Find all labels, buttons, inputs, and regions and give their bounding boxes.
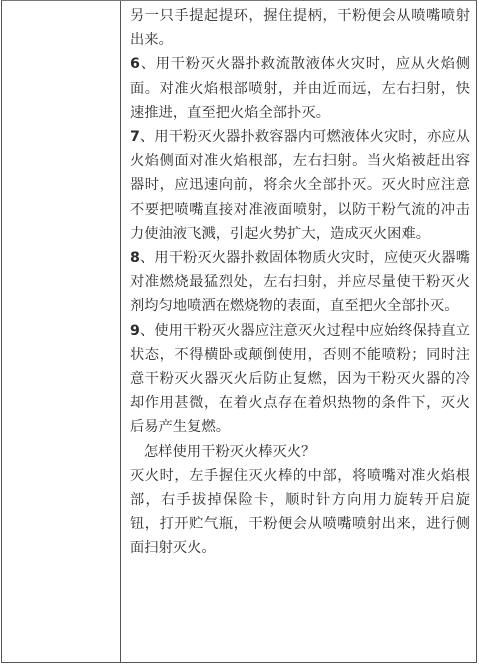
paragraph-continuation: 另一只手提起提环，握住提柄，干粉便会从喷嘴喷射出来。 bbox=[130, 4, 470, 52]
paragraph-item-6: 6、用干粉灭火器扑救流散液体火灾时，应从火焰侧面。对准火焰根部喷射，并由近而远，… bbox=[130, 52, 470, 125]
left-column-cell bbox=[2, 1, 121, 662]
paragraph-text: 、使用干粉灭火器应注意灭火过程中应始终保持直立状态，不得横卧或颠倒使用，否则不能… bbox=[130, 323, 470, 436]
paragraph-item-9: 9、使用干粉灭火器应注意灭火过程中应始终保持直立状态，不得横卧或颠倒使用，否则不… bbox=[130, 319, 470, 440]
content-cell: 另一只手提起提环，握住提柄，干粉便会从喷嘴喷射出来。 6、用干粉灭火器扑救流散液… bbox=[122, 1, 476, 662]
paragraph-item-8: 8、用干粉灭火器扑救固体物质火灾时，应使灭火器嘴对准燃烧最猛烈处，左右扫射，并应… bbox=[130, 246, 470, 319]
paragraph-text: 、用干粉灭火器扑救流散液体火灾时，应从火焰侧面。对准火焰根部喷射，并由近而远，左… bbox=[130, 56, 470, 120]
question-heading: 怎样使用干粉灭火棒灭火？ bbox=[130, 440, 470, 464]
paragraph-item-7: 7、用干粉灭火器扑救容器内可燃液体火灾时，亦应从火焰侧面对准火焰根部，左右扫射。… bbox=[130, 125, 470, 246]
paragraph-text: 、用干粉灭火器扑救固体物质火灾时，应使灭火器嘴对准燃烧最猛烈处，左右扫射，并应尽… bbox=[130, 250, 470, 314]
document-table: 另一只手提起提环，握住提柄，干粉便会从喷嘴喷射出来。 6、用干粉灭火器扑救流散液… bbox=[1, 0, 477, 663]
item-number: 6 bbox=[130, 56, 140, 72]
item-number: 9 bbox=[130, 323, 140, 339]
paragraph-text: 另一只手提起提环，握住提柄，干粉便会从喷嘴喷射出来。 bbox=[130, 8, 470, 48]
item-number: 8 bbox=[130, 250, 140, 266]
answer-paragraph: 灭火时，左手握住灭火棒的中部，将喷嘴对准火焰根部，右手拔掉保险卡，顺时针方向用力… bbox=[130, 464, 470, 561]
paragraph-text: 、用干粉灭火器扑救容器内可燃液体火灾时，亦应从火焰侧面对准火焰根部，左右扫射。当… bbox=[130, 129, 470, 242]
item-number: 7 bbox=[130, 129, 140, 145]
